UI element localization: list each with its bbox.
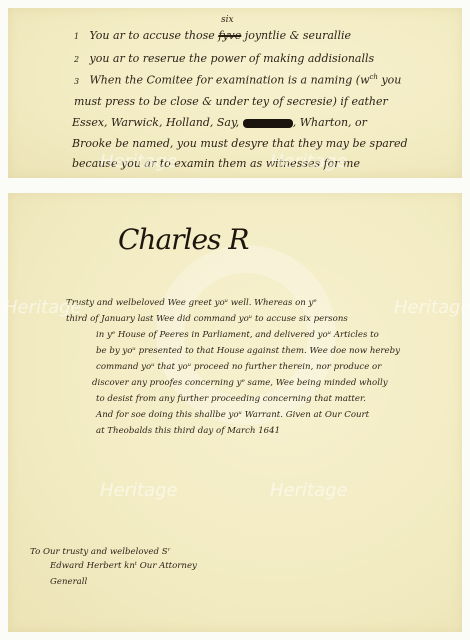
letter-line: be by yoᵘ presented to that House agains… [96, 346, 400, 356]
item-3: 3 When the Comitee for examination is a … [74, 74, 401, 86]
address-line: Generall [50, 577, 87, 587]
top-manuscript-sheet: six 1 You ar to accuse those fyve joyntl… [8, 8, 462, 178]
address-line: To Our trusty and welbeloved Sʳ [30, 547, 171, 557]
item-text: When the Comitee for examination is a na… [90, 74, 370, 87]
item-text: joyntlie & seurallie [245, 29, 351, 42]
item-text: you ar to reserue the power of making ad… [90, 52, 375, 65]
watermark: Heritage [100, 480, 178, 501]
item-1: 1 You ar to accuse those fyve joyntlie &… [74, 30, 351, 41]
letter-line: And for soe doing this shallbe yoᵘ Warra… [96, 410, 369, 420]
item-number: 3 [74, 78, 86, 86]
watermark: Heritage [270, 151, 348, 172]
address-line: Edward Herbert knᵗ Our Attorney [50, 561, 197, 571]
letter-line: discover any proofes concerning yᵉ same,… [92, 378, 388, 388]
item-text: You ar to accuse those [90, 29, 215, 42]
bottom-manuscript-sheet: Charles R Trusty and welbeloved Wee gree… [8, 193, 462, 632]
watermark: Heritage [4, 297, 82, 318]
letter-line: Trusty and welbeloved Wee greet yoᵘ well… [66, 298, 317, 308]
ink-blot [243, 119, 293, 128]
continuation-line: Brooke be named, you must desyre that th… [72, 138, 408, 149]
watermark: Heritage [270, 480, 348, 501]
insertion-above: six [221, 15, 234, 25]
struck-word: fyve [218, 29, 241, 42]
letter-line: at Theobalds this third day of March 164… [96, 426, 280, 436]
letter-line: third of January last Wee did command yo… [66, 314, 348, 324]
letter-line: in yᵉ House of Peeres in Parliament, and… [96, 330, 379, 340]
continuation-line-names: Essex, Warwick, Holland, Say, , Wharton,… [72, 117, 367, 128]
royal-signature: Charles R [118, 223, 248, 256]
item-2: 2 you ar to reserue the power of making … [74, 53, 374, 64]
letter-line: to desist from any further proceeding co… [96, 394, 366, 404]
item-text: you [381, 74, 401, 87]
item-number: 2 [74, 56, 86, 64]
watermark: Heritage [394, 297, 470, 318]
item-number: 1 [74, 33, 86, 41]
superscript: ch [370, 73, 378, 81]
continuation-line: must press to be close & under tey of se… [74, 96, 388, 107]
watermark: Heritage [100, 151, 178, 172]
letter-line: command yoᵘ that yoᵘ proceed no further … [96, 362, 381, 372]
